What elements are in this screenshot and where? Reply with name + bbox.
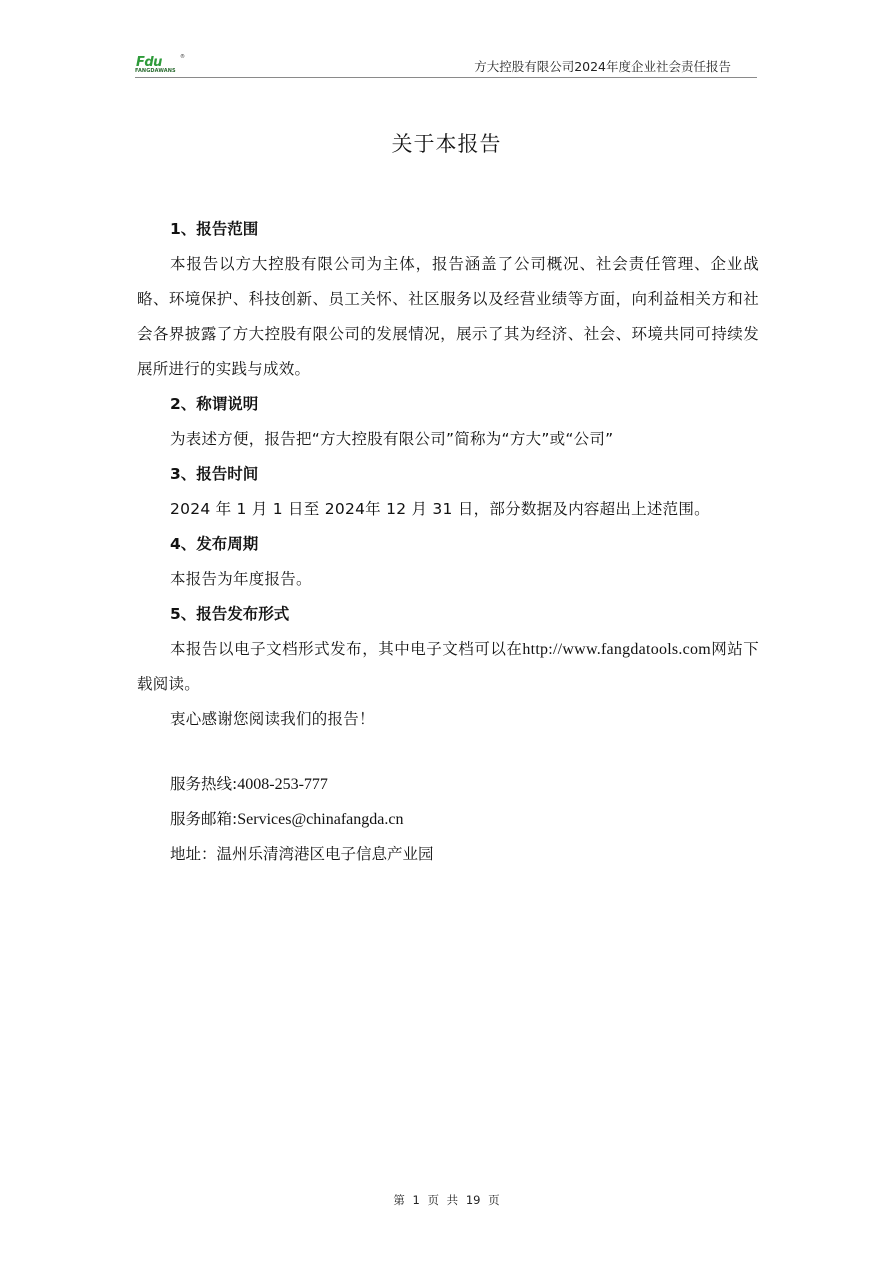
hotline-line: 服务热线:4008-253-777: [137, 767, 759, 802]
paragraph-text: 本报告以电子文档形式发布，其中电子文档可以在: [170, 640, 522, 658]
section-paragraph: 本报告以电子文档形式发布，其中电子文档可以在http://www.fangdat…: [137, 632, 759, 702]
hotline-number: 4008-253-777: [237, 776, 328, 793]
section-report-scope: 1、报告范围 本报告以方大控股有限公司为主体，报告涵盖了公司概况、社会责任管理、…: [137, 212, 759, 387]
email-address[interactable]: Services@chinafangda.cn: [237, 811, 403, 828]
section-terminology: 2、称谓说明 为表述方便，报告把“方大控股有限公司”简称为“方大”或“公司”: [137, 387, 759, 457]
website-link[interactable]: http://www.fangdatools.com: [522, 641, 711, 658]
section-report-period: 3、报告时间 2024 年 1 月 1 日至 2024年 12 月 31 日，部…: [137, 457, 759, 527]
section-release-cycle: 4、发布周期 本报告为年度报告。: [137, 527, 759, 597]
spacer: [137, 737, 759, 767]
company-logo: Fdu ® FANGDAWANS: [135, 54, 185, 76]
address-label: 地址：: [170, 845, 217, 863]
section-heading: 1、报告范围: [137, 212, 759, 247]
section-paragraph: 2024 年 1 月 1 日至 2024年 12 月 31 日，部分数据及内容超…: [137, 492, 759, 527]
section-release-format: 5、报告发布形式 本报告以电子文档形式发布，其中电子文档可以在http://ww…: [137, 597, 759, 702]
page-header: Fdu ® FANGDAWANS 方大控股有限公司2024年度企业社会责任报告: [135, 52, 757, 78]
document-body: 1、报告范围 本报告以方大控股有限公司为主体，报告涵盖了公司概况、社会责任管理、…: [137, 212, 759, 872]
page-number: 第 1 页 共 19 页: [0, 1192, 893, 1208]
section-heading: 5、报告发布形式: [137, 597, 759, 632]
section-paragraph: 本报告为年度报告。: [137, 562, 759, 597]
address-value: 温州乐清湾港区电子信息产业园: [217, 845, 434, 863]
header-divider: [135, 77, 757, 78]
hotline-label: 服务热线:: [170, 775, 237, 793]
section-heading: 3、报告时间: [137, 457, 759, 492]
section-heading: 2、称谓说明: [137, 387, 759, 422]
email-label: 服务邮箱:: [170, 810, 237, 828]
registered-mark: ®: [180, 54, 185, 60]
logo-subtext: FANGDAWANS: [135, 69, 176, 74]
page-title: 关于本报告: [0, 130, 893, 158]
section-heading: 4、发布周期: [137, 527, 759, 562]
closing-note: 衷心感谢您阅读我们的报告！: [137, 702, 759, 737]
email-line: 服务邮箱:Services@chinafangda.cn: [137, 802, 759, 837]
contact-block: 服务热线:4008-253-777 服务邮箱:Services@chinafan…: [137, 767, 759, 872]
address-line: 地址：温州乐清湾港区电子信息产业园: [137, 837, 759, 872]
section-paragraph: 本报告以方大控股有限公司为主体，报告涵盖了公司概况、社会责任管理、企业战略、环境…: [137, 247, 759, 387]
section-paragraph: 为表述方便，报告把“方大控股有限公司”简称为“方大”或“公司”: [137, 422, 759, 457]
running-header-title: 方大控股有限公司2024年度企业社会责任报告: [474, 60, 731, 74]
